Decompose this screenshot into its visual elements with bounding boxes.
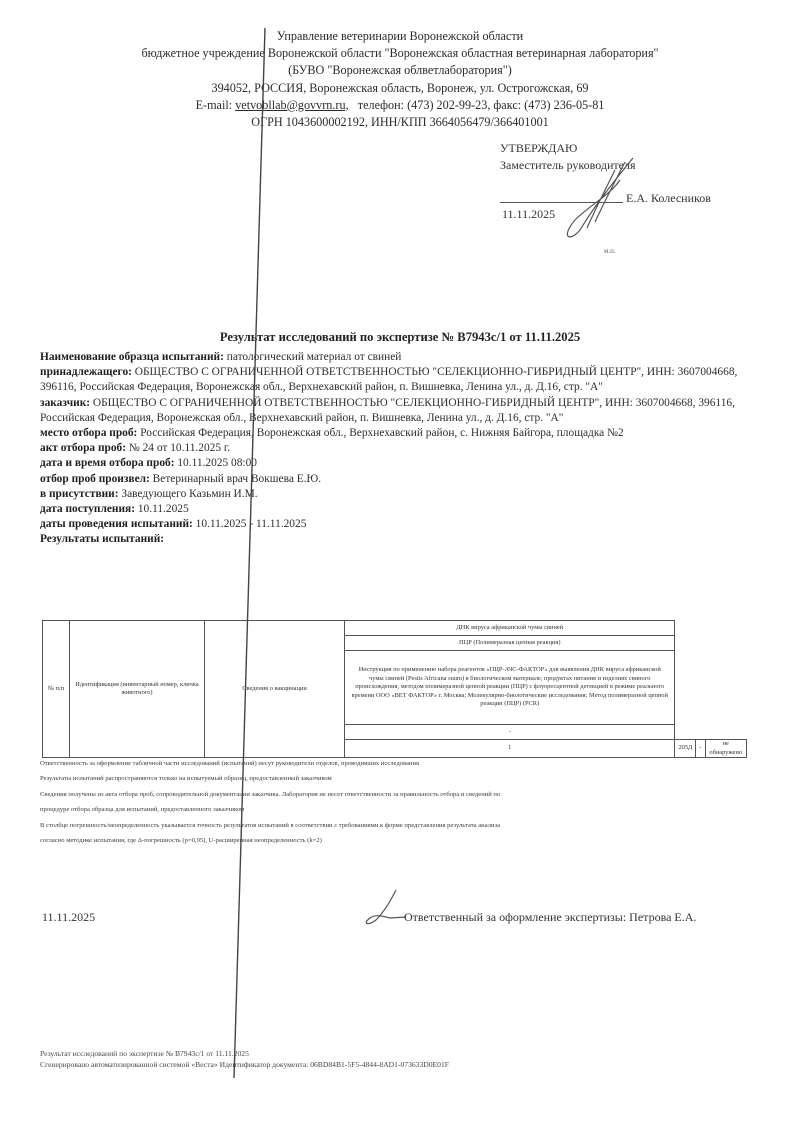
header-method-doc: Инструкция по применению набора реагенто… [345, 651, 675, 725]
header-method-type: ПЦР (Полимеразная цепная реакция) [345, 636, 675, 651]
email-link[interactable]: vetvobllab@govvrn.ru, [235, 98, 348, 112]
header-num: № п/п [43, 621, 70, 758]
document-page: Управление ветеринарии Воронежской облас… [0, 0, 800, 1130]
document-footer: Результат исследований по экспертизе № В… [40, 1048, 449, 1070]
header-indicator: ДНК вируса африканской чумы свиней [345, 621, 675, 636]
signature-icon [360, 888, 408, 930]
info-sampling-datetime: дата и время отбора проб: 10.11.2025 08:… [40, 456, 760, 471]
signature-icon [555, 150, 645, 245]
note-source: Сведения получены из акта отбора проб, с… [40, 787, 760, 802]
document-title: Результат исследований по экспертизе № В… [0, 330, 800, 345]
info-sampled-by: отбор проб произвел: Ветеринарный врач В… [40, 472, 760, 487]
note-uncertainty-cont: согласно методике испытания, где Δ-погре… [40, 833, 760, 848]
header-unit: - [345, 725, 675, 740]
note-scope: Результаты испытаний распространяются то… [40, 771, 760, 786]
info-sample-name: Наименование образца испытаний: патологи… [40, 350, 760, 365]
sample-info: Наименование образца испытаний: патологи… [40, 350, 760, 548]
info-results-heading: Результаты испытаний: [40, 532, 760, 547]
info-receipt-date: дата поступления: 10.11.2025 [40, 502, 760, 517]
footer-generated: Сгенерировано автоматизированной системо… [40, 1059, 449, 1070]
note-responsibility: Ответственность за оформление табличной … [40, 756, 760, 771]
info-sampling-place: место отбора проб: Российская Федерация,… [40, 426, 760, 441]
note-source-cont: процедуре отбора образца для испытаний, … [40, 802, 760, 817]
notes: Ответственность за оформление табличной … [40, 756, 760, 848]
signoff-date: 11.11.2025 [42, 910, 95, 925]
header-registration: ОГРН 1043600002192, ИНН/КПП 3664056479/3… [0, 114, 800, 131]
approval-date: 11.11.2025 [502, 206, 555, 223]
responsible-person: Ответственный за оформление экспертизы: … [404, 910, 696, 925]
note-uncertainty: В столбце погрешность/неопределенность у… [40, 818, 760, 833]
scan-artifact-line [0, 0, 800, 1130]
cell-vaccination: - [696, 740, 705, 758]
info-customer: заказчик: ОБЩЕСТВО С ОГРАНИЧЕННОЙ ОТВЕТС… [40, 396, 760, 426]
info-witness: в присутствии: Заведующего Казьмин И.М. [40, 487, 760, 502]
header-ministry: Управление ветеринарии Воронежской облас… [0, 28, 800, 45]
cell-identification: 205Д [675, 740, 696, 758]
results-table: № п/п Идентификация (инвентарный номер, … [42, 620, 747, 758]
header-institution: бюджетное учреждение Воронежской области… [0, 45, 800, 62]
header-contacts: E-mail: vetvobllab@govvrn.ru, телефон: (… [0, 97, 800, 114]
footer-reference: Результат исследований по экспертизе № В… [40, 1048, 449, 1059]
header-vaccination: Сведения о вакцинации [205, 621, 345, 758]
cell-result: не обнаружено [705, 740, 746, 758]
header-address: 394052, РОССИЯ, Воронежская область, Вор… [0, 80, 800, 97]
cell-num: 1 [345, 740, 675, 758]
header-short-name: (БУВО "Воронежская облветлаборатория") [0, 62, 800, 79]
header-identification: Идентификация (инвентарный номер, кличка… [70, 621, 205, 758]
info-owner: принадлежащего: ОБЩЕСТВО С ОГРАНИЧЕННОЙ … [40, 365, 760, 395]
info-sampling-act: акт отбора проб: № 24 от 10.11.2025 г. [40, 441, 760, 456]
stamp-place: м.п. [604, 243, 616, 260]
info-test-dates: даты проведения испытаний: 10.11.2025 - … [40, 517, 760, 532]
letterhead: Управление ветеринарии Воронежской облас… [0, 28, 800, 131]
